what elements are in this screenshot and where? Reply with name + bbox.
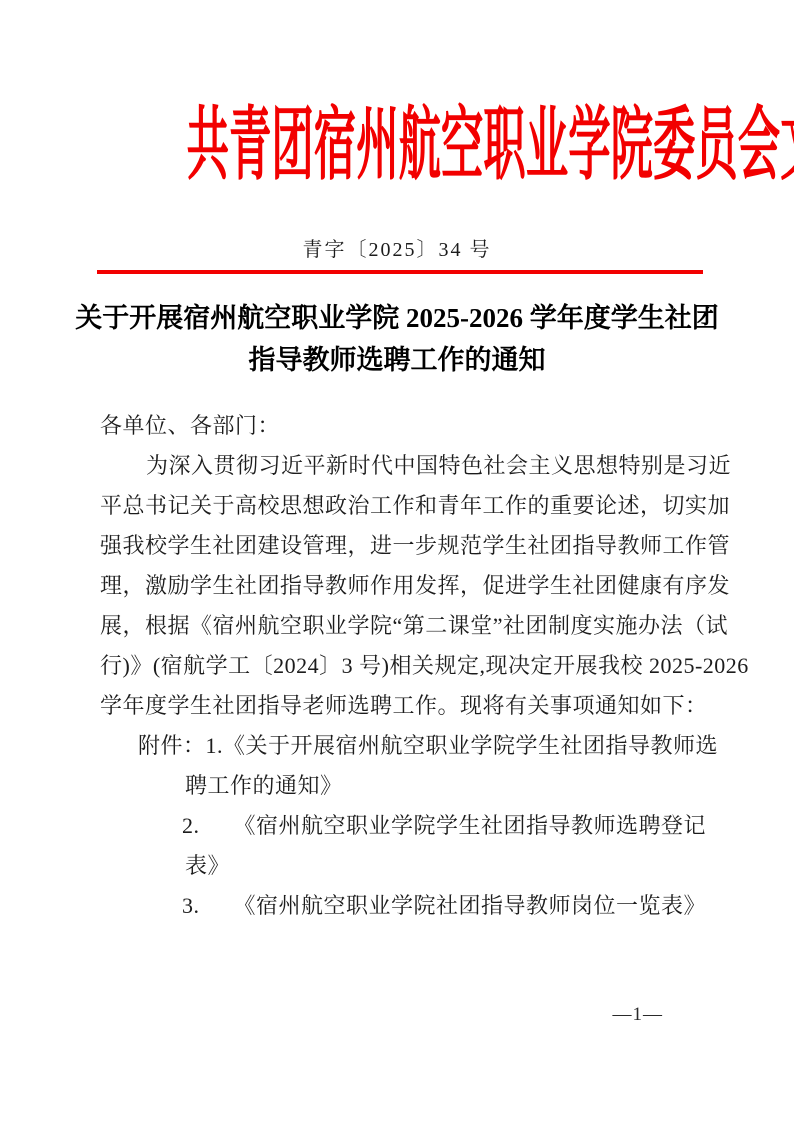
body-line: 理，激励学生社团指导教师作用发挥，促进学生社团健康有序发 (100, 566, 702, 606)
body-line-salutation: 各单位、各部门： (100, 406, 702, 446)
attachment-line: 3. 《宿州航空职业学院社团指导教师岗位一览表》 (100, 886, 702, 926)
attachment-line: 聘工作的通知》 (100, 766, 702, 806)
body-line: 平总书记关于高校思想政治工作和青年工作的重要论述，切实加 (100, 486, 702, 526)
body-line: 强我校学生社团建设管理，进一步规范学生社团指导教师工作管 (100, 526, 702, 566)
document-title-line: 指导教师选聘工作的通知 (0, 339, 794, 381)
body-line: 行)》(宿航学工〔2024〕3 号)相关规定,现决定开展我校 2025-2026 (100, 646, 702, 686)
body-line: 为深入贯彻习近平新时代中国特色社会主义思想特别是习近 (100, 446, 702, 486)
page-number: —1— (613, 1004, 664, 1026)
body-line: 展，根据《宿州航空职业学院“第二课堂”社团制度实施办法（试 (100, 606, 702, 646)
attachment-line: 2. 《宿州航空职业学院学生社团指导教师选聘登记 (100, 806, 702, 846)
attachment-line: 附件：1.《关于开展宿州航空职业学院学生社团指导教师选 (100, 726, 702, 766)
body-line: 学年度学生社团指导老师选聘工作。现将有关事项通知如下： (100, 686, 702, 726)
attachment-line: 表》 (100, 846, 702, 886)
document-title: 关于开展宿州航空职业学院 2025-2026 学年度学生社团 指导教师选聘工作的… (0, 297, 794, 381)
document-number: 青字〔2025〕34 号 (0, 233, 794, 262)
red-header-org-title: 共青团宿州航空职业学院委员会文件 (187, 96, 608, 196)
document-title-line: 关于开展宿州航空职业学院 2025-2026 学年度学生社团 (0, 297, 794, 339)
document-page: 共青团宿州航空职业学院委员会文件 青字〔2025〕34 号 关于开展宿州航空职业… (0, 0, 794, 1122)
document-body: 各单位、各部门： 为深入贯彻习近平新时代中国特色社会主义思想特别是习近 平总书记… (100, 406, 702, 926)
red-separator-line (97, 270, 703, 274)
